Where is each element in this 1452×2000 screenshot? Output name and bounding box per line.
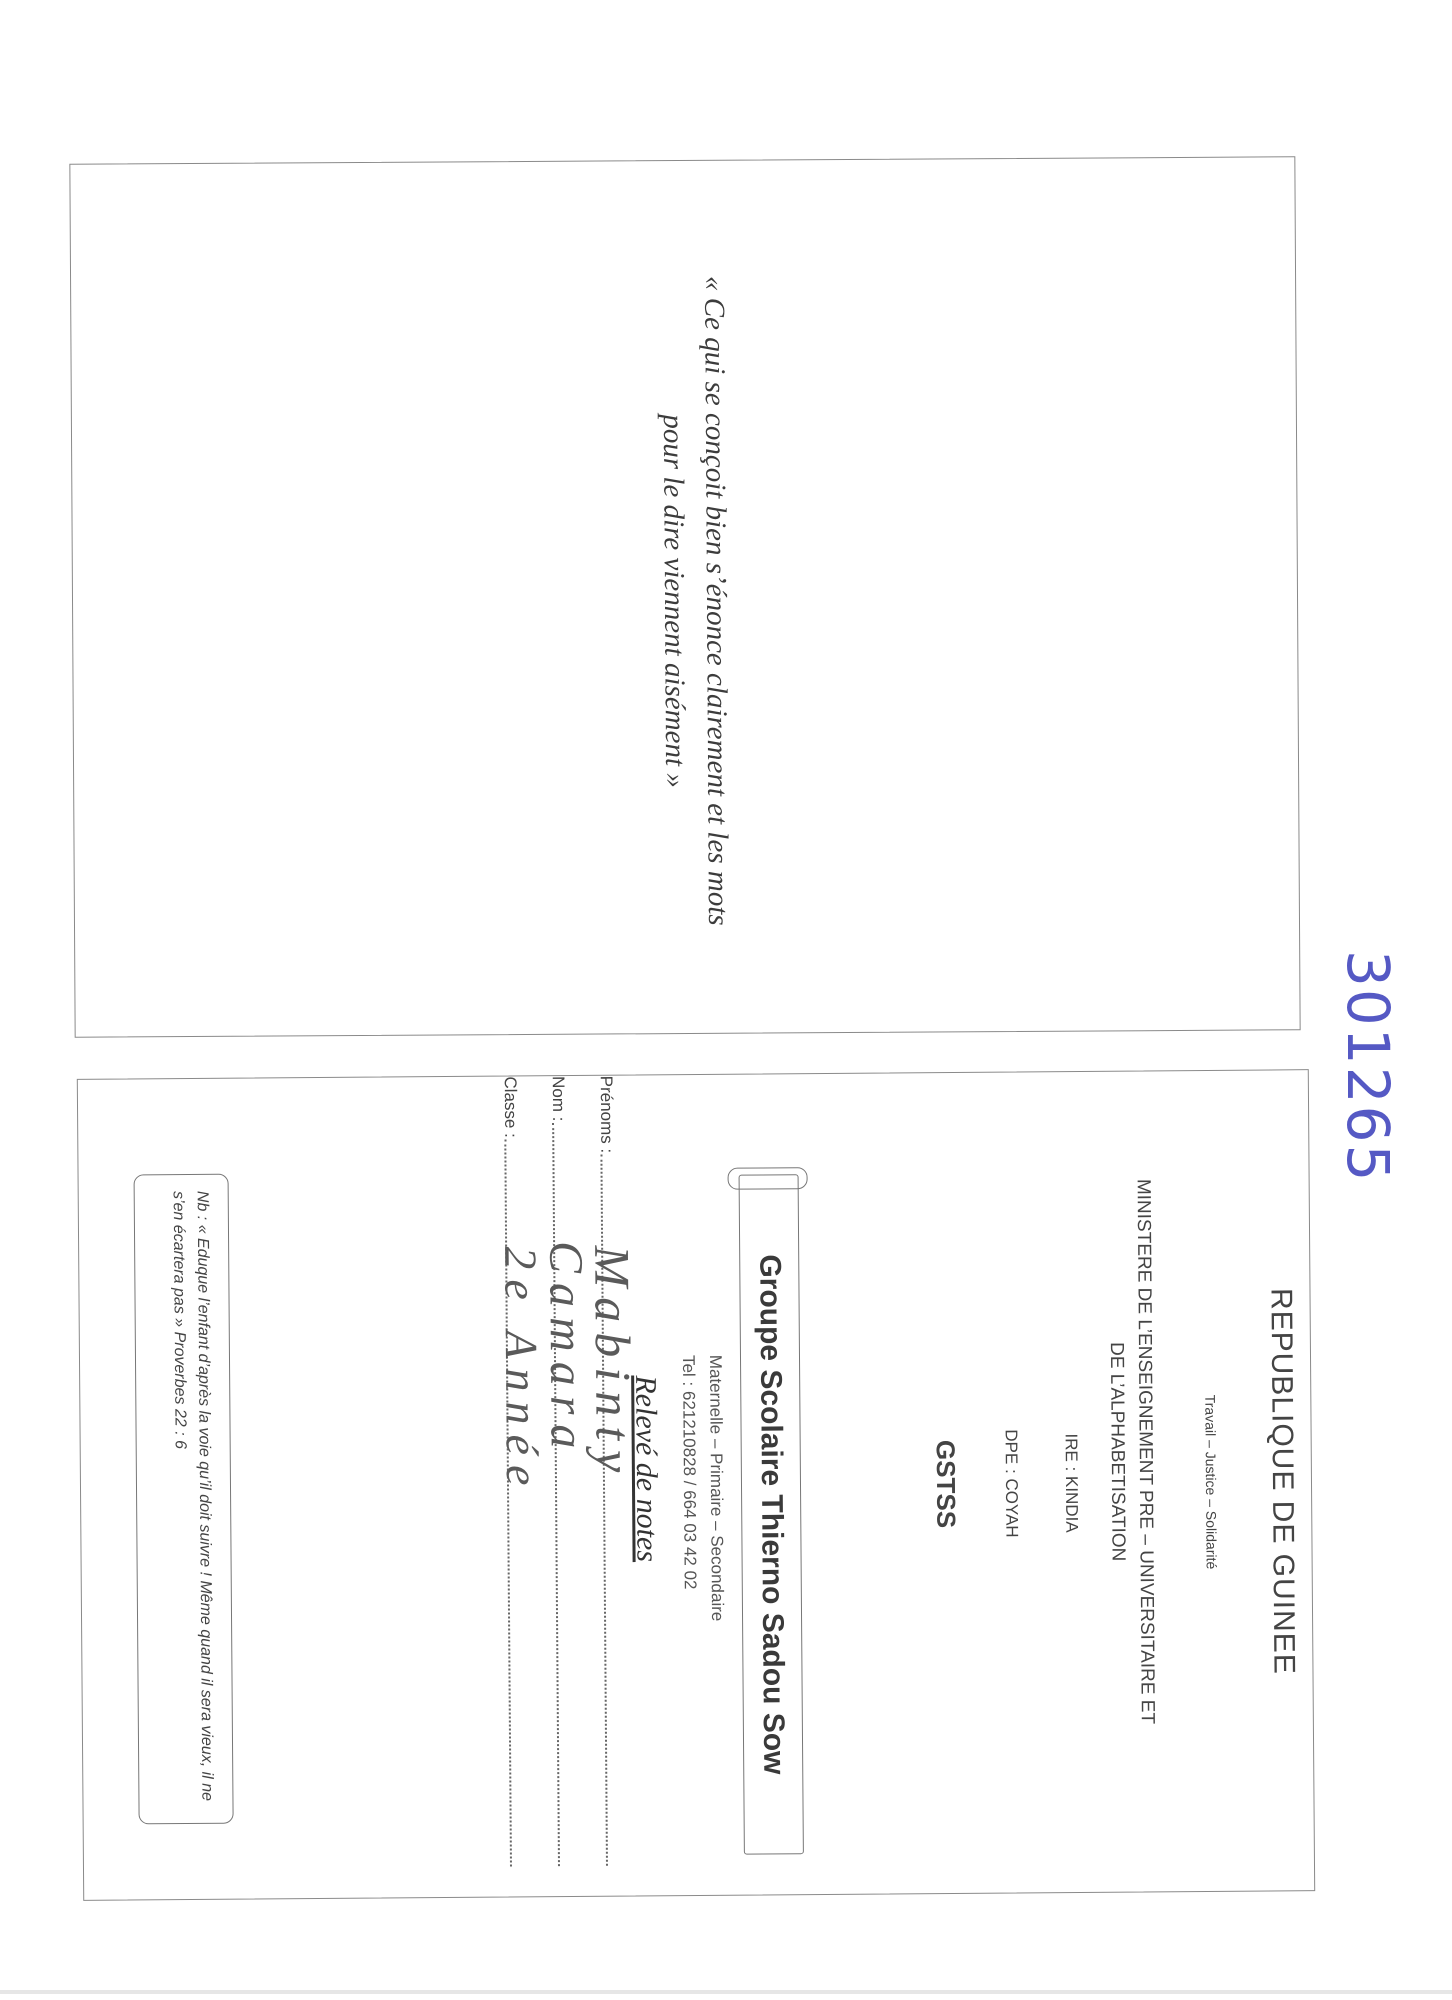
classe-label: Classe : [500, 1076, 520, 1138]
national-motto: Travail – Justice – Solidarité [1200, 1071, 1222, 1893]
dpe-line: DPE : COYAH [998, 1072, 1024, 1894]
quote-line-1: « Ce qui se conçoit bien s’énonce claire… [698, 276, 734, 926]
school-name-banner: Groupe Scolaire Thierno Sadou Sow [739, 1174, 804, 1854]
reference-number-text: 301265 [1334, 950, 1402, 1183]
left-panel-content: « Ce qui se conçoit bien s’énonce claire… [68, 157, 1299, 1038]
handwritten-reference-number: 301265 [1322, 950, 1402, 1180]
nom-label: Nom : [548, 1076, 568, 1121]
left-panel-quote-page: « Ce qui se conçoit bien s’énonce claire… [69, 156, 1300, 1037]
classe-handwritten-value: 2e Année [494, 1246, 549, 1495]
prenoms-label: Prénoms : [596, 1076, 617, 1154]
scan-edge [0, 1990, 1452, 1994]
school-name: Groupe Scolaire Thierno Sadou Sow [752, 1254, 790, 1774]
proverb-note: Nb : « Eduque l’enfant d’après la voie q… [170, 1191, 216, 1801]
right-panel-content: REPUBLIQUE DE GUINEE Travail – Justice –… [76, 1070, 1314, 1902]
ministry-name: MINISTERE DE L’ENSEIGNEMENT PRE – UNIVER… [1101, 1171, 1161, 1731]
school-acronym: GSTSS [927, 1073, 964, 1895]
nom-dotted-line [552, 1123, 560, 1866]
ire-line: IRE : KINDIA [1058, 1072, 1084, 1894]
school-cycles: Maternelle – Primaire – Secondaire [705, 1355, 727, 1622]
quote: « Ce qui se conçoit bien s’énonce claire… [651, 201, 740, 1001]
right-panel-cover-page: REPUBLIQUE DE GUINEE Travail – Justice –… [77, 1069, 1315, 1901]
school-phone: Tel : 621210828 / 664 03 42 02 [678, 1355, 700, 1590]
quote-line-2: pour le dire viennent aisément » [651, 201, 698, 1001]
proverb-note-box: Nb : « Eduque l’enfant d’après la voie q… [134, 1174, 234, 1825]
country-title: REPUBLIQUE DE GUINEE [1262, 1070, 1302, 1892]
